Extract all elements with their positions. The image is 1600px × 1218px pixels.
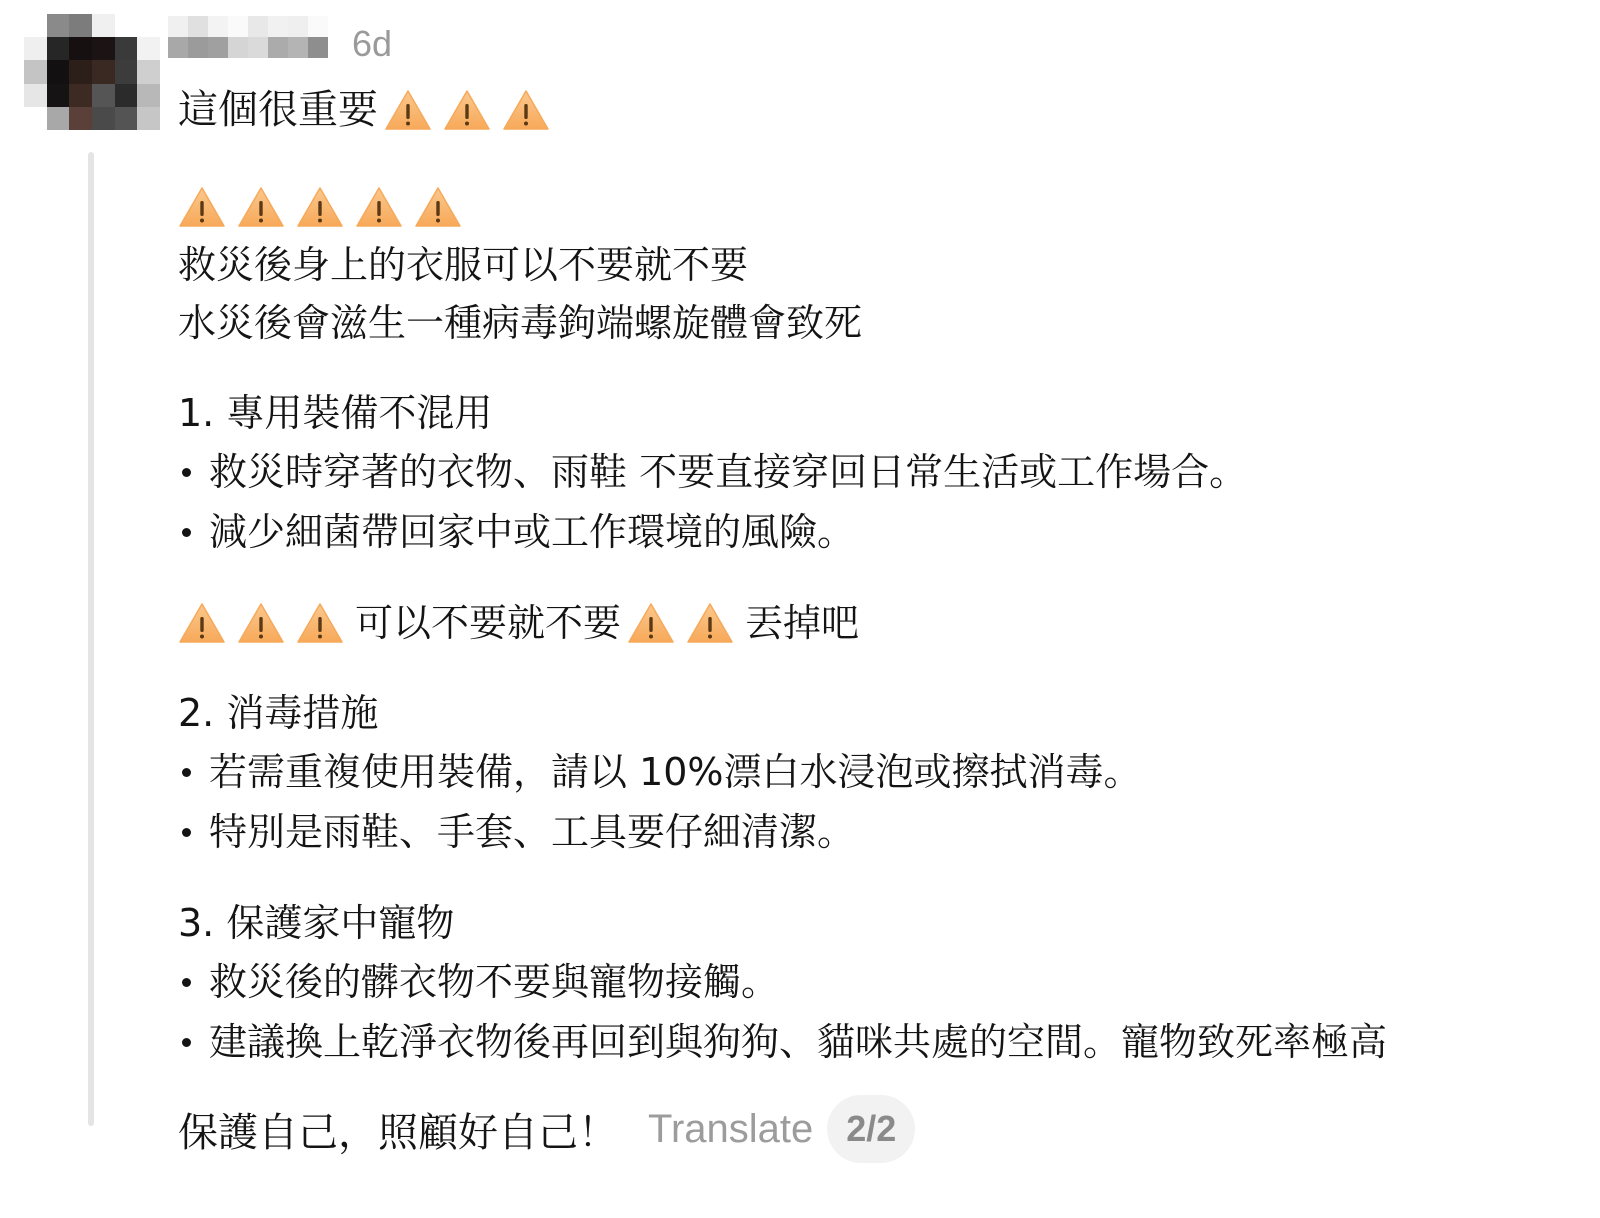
- intro-line: 水災後會滋生一種病毒鉤端螺旋體會致死: [178, 294, 1598, 352]
- headline-text: 這個很重要: [178, 84, 378, 136]
- thread-line: [88, 152, 94, 1126]
- username-blurred[interactable]: [168, 16, 328, 58]
- bullet-dot: [182, 978, 191, 987]
- warning-triangle-icon: [414, 186, 462, 228]
- list-item-text: 減少細菌帶回家中或工作環境的風險。: [209, 503, 855, 561]
- warning-message-text: 丟掉吧: [745, 594, 859, 652]
- bullet-dot: [182, 1038, 191, 1047]
- warning-triangle-icon: [443, 89, 491, 131]
- warning-triangle-icon: [237, 186, 285, 228]
- page-indicator-badge[interactable]: 2/2: [827, 1095, 915, 1163]
- warning-triangle-icon: [627, 602, 675, 644]
- bullet-dot: [182, 828, 191, 837]
- bullet-dot: [182, 768, 191, 777]
- warning-triangle-icon: [178, 186, 226, 228]
- warning-triangle-icon: [686, 602, 734, 644]
- list-item: 建議換上乾淨衣物後再回到與狗狗、貓咪共處的空間。寵物致死率極高: [178, 1012, 1598, 1072]
- comment-headline: 這個很重要: [178, 84, 561, 136]
- warning-message-text: 可以不要就不要: [355, 594, 621, 652]
- warning-triangle-icon: [237, 602, 285, 644]
- avatar[interactable]: [24, 14, 160, 130]
- list-item-text: 救災後的髒衣物不要與寵物接觸。: [209, 953, 779, 1011]
- warning-triangle-icon: [502, 89, 550, 131]
- comment-body: 救災後身上的衣服可以不要就不要 水災後會滋生一種病毒鉤端螺旋體會致死 1. 專用…: [178, 178, 1598, 1072]
- list-item: 若需重複使用裝備，請以 10%漂白水浸泡或擦拭消毒。: [178, 742, 1598, 802]
- bullet-dot: [182, 528, 191, 537]
- list-item: 特別是雨鞋、手套、工具要仔細清潔。: [178, 802, 1598, 862]
- list-item: 減少細菌帶回家中或工作環境的風險。: [178, 502, 1598, 562]
- list-item-text: 救災時穿著的衣物、雨鞋 不要直接穿回日常生活或工作場合。: [209, 443, 1247, 501]
- warning-triangle-icon: [296, 186, 344, 228]
- comment-footer: 保護自己，照顧好自己！ Translate 2/2: [178, 1100, 915, 1158]
- warning-triangle-icon: [355, 186, 403, 228]
- list-item-text: 特別是雨鞋、手套、工具要仔細清潔。: [209, 803, 855, 861]
- warning-triangle-icon: [178, 602, 226, 644]
- section-title: 3. 保護家中寵物: [178, 894, 1598, 952]
- timestamp[interactable]: 6d: [352, 22, 392, 66]
- closing-text: 保護自己，照顧好自己！: [178, 1101, 618, 1158]
- section-title: 2. 消毒措施: [178, 684, 1598, 742]
- warning-message-row: 可以不要就不要 丟掉吧: [178, 594, 1598, 652]
- bullet-dot: [182, 468, 191, 477]
- list-item-text: 建議換上乾淨衣物後再回到與狗狗、貓咪共處的空間。寵物致死率極高: [209, 1013, 1387, 1071]
- intro-line: 救災後身上的衣服可以不要就不要: [178, 236, 1598, 294]
- warning-triangle-icon: [296, 602, 344, 644]
- translate-link[interactable]: Translate: [648, 1107, 813, 1152]
- section-title: 1. 專用裝備不混用: [178, 384, 1598, 442]
- list-item-text: 若需重複使用裝備，請以 10%漂白水浸泡或擦拭消毒。: [209, 743, 1142, 801]
- warning-triangle-icon: [384, 89, 432, 131]
- warning-row: [178, 178, 1598, 236]
- list-item: 救災後的髒衣物不要與寵物接觸。: [178, 952, 1598, 1012]
- list-item: 救災時穿著的衣物、雨鞋 不要直接穿回日常生活或工作場合。: [178, 442, 1598, 502]
